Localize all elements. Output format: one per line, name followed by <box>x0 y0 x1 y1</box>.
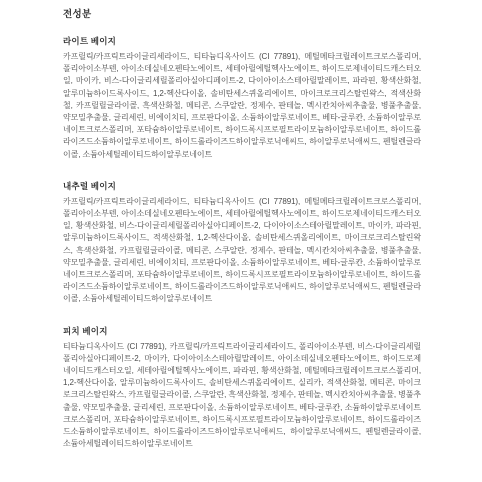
page-title: 전성분 <box>63 6 421 20</box>
shade-heading-natural-beige: 내추럴 베이지 <box>63 180 421 192</box>
section-peach-beige: 피치 베이지 티타늄디옥사이드 (CI 77891), 카프릴릭/카프릭트라이글… <box>63 325 421 451</box>
section-light-beige: 라이트 베이지 카프릴릭/카프릭트라이글리세라이드, 티타늄디옥사이드 (CI … <box>63 35 421 161</box>
ingredients-page: 전성분 라이트 베이지 카프릴릭/카프릭트라이글리세라이드, 티타늄디옥사이드 … <box>0 0 482 482</box>
section-natural-beige: 내추럴 베이지 카프릴릭/카프릭트라이글리세라이드, 티타늄디옥사이드 (CI … <box>63 180 421 306</box>
shade-heading-light-beige: 라이트 베이지 <box>63 35 421 47</box>
shade-heading-peach-beige: 피치 베이지 <box>63 325 421 337</box>
ingredients-text-light-beige: 카프릴릭/카프릭트라이글리세라이드, 티타늄디옥사이드 (CI 77891), … <box>63 51 421 161</box>
ingredients-text-natural-beige: 카프릴릭/카프릭트라이글리세라이드, 티타늄디옥사이드 (CI 77891), … <box>63 196 421 306</box>
ingredients-text-peach-beige: 티타늄디옥사이드 (CI 77891), 카프릴릭/카프릭트라이글리세라이드, … <box>63 341 421 451</box>
